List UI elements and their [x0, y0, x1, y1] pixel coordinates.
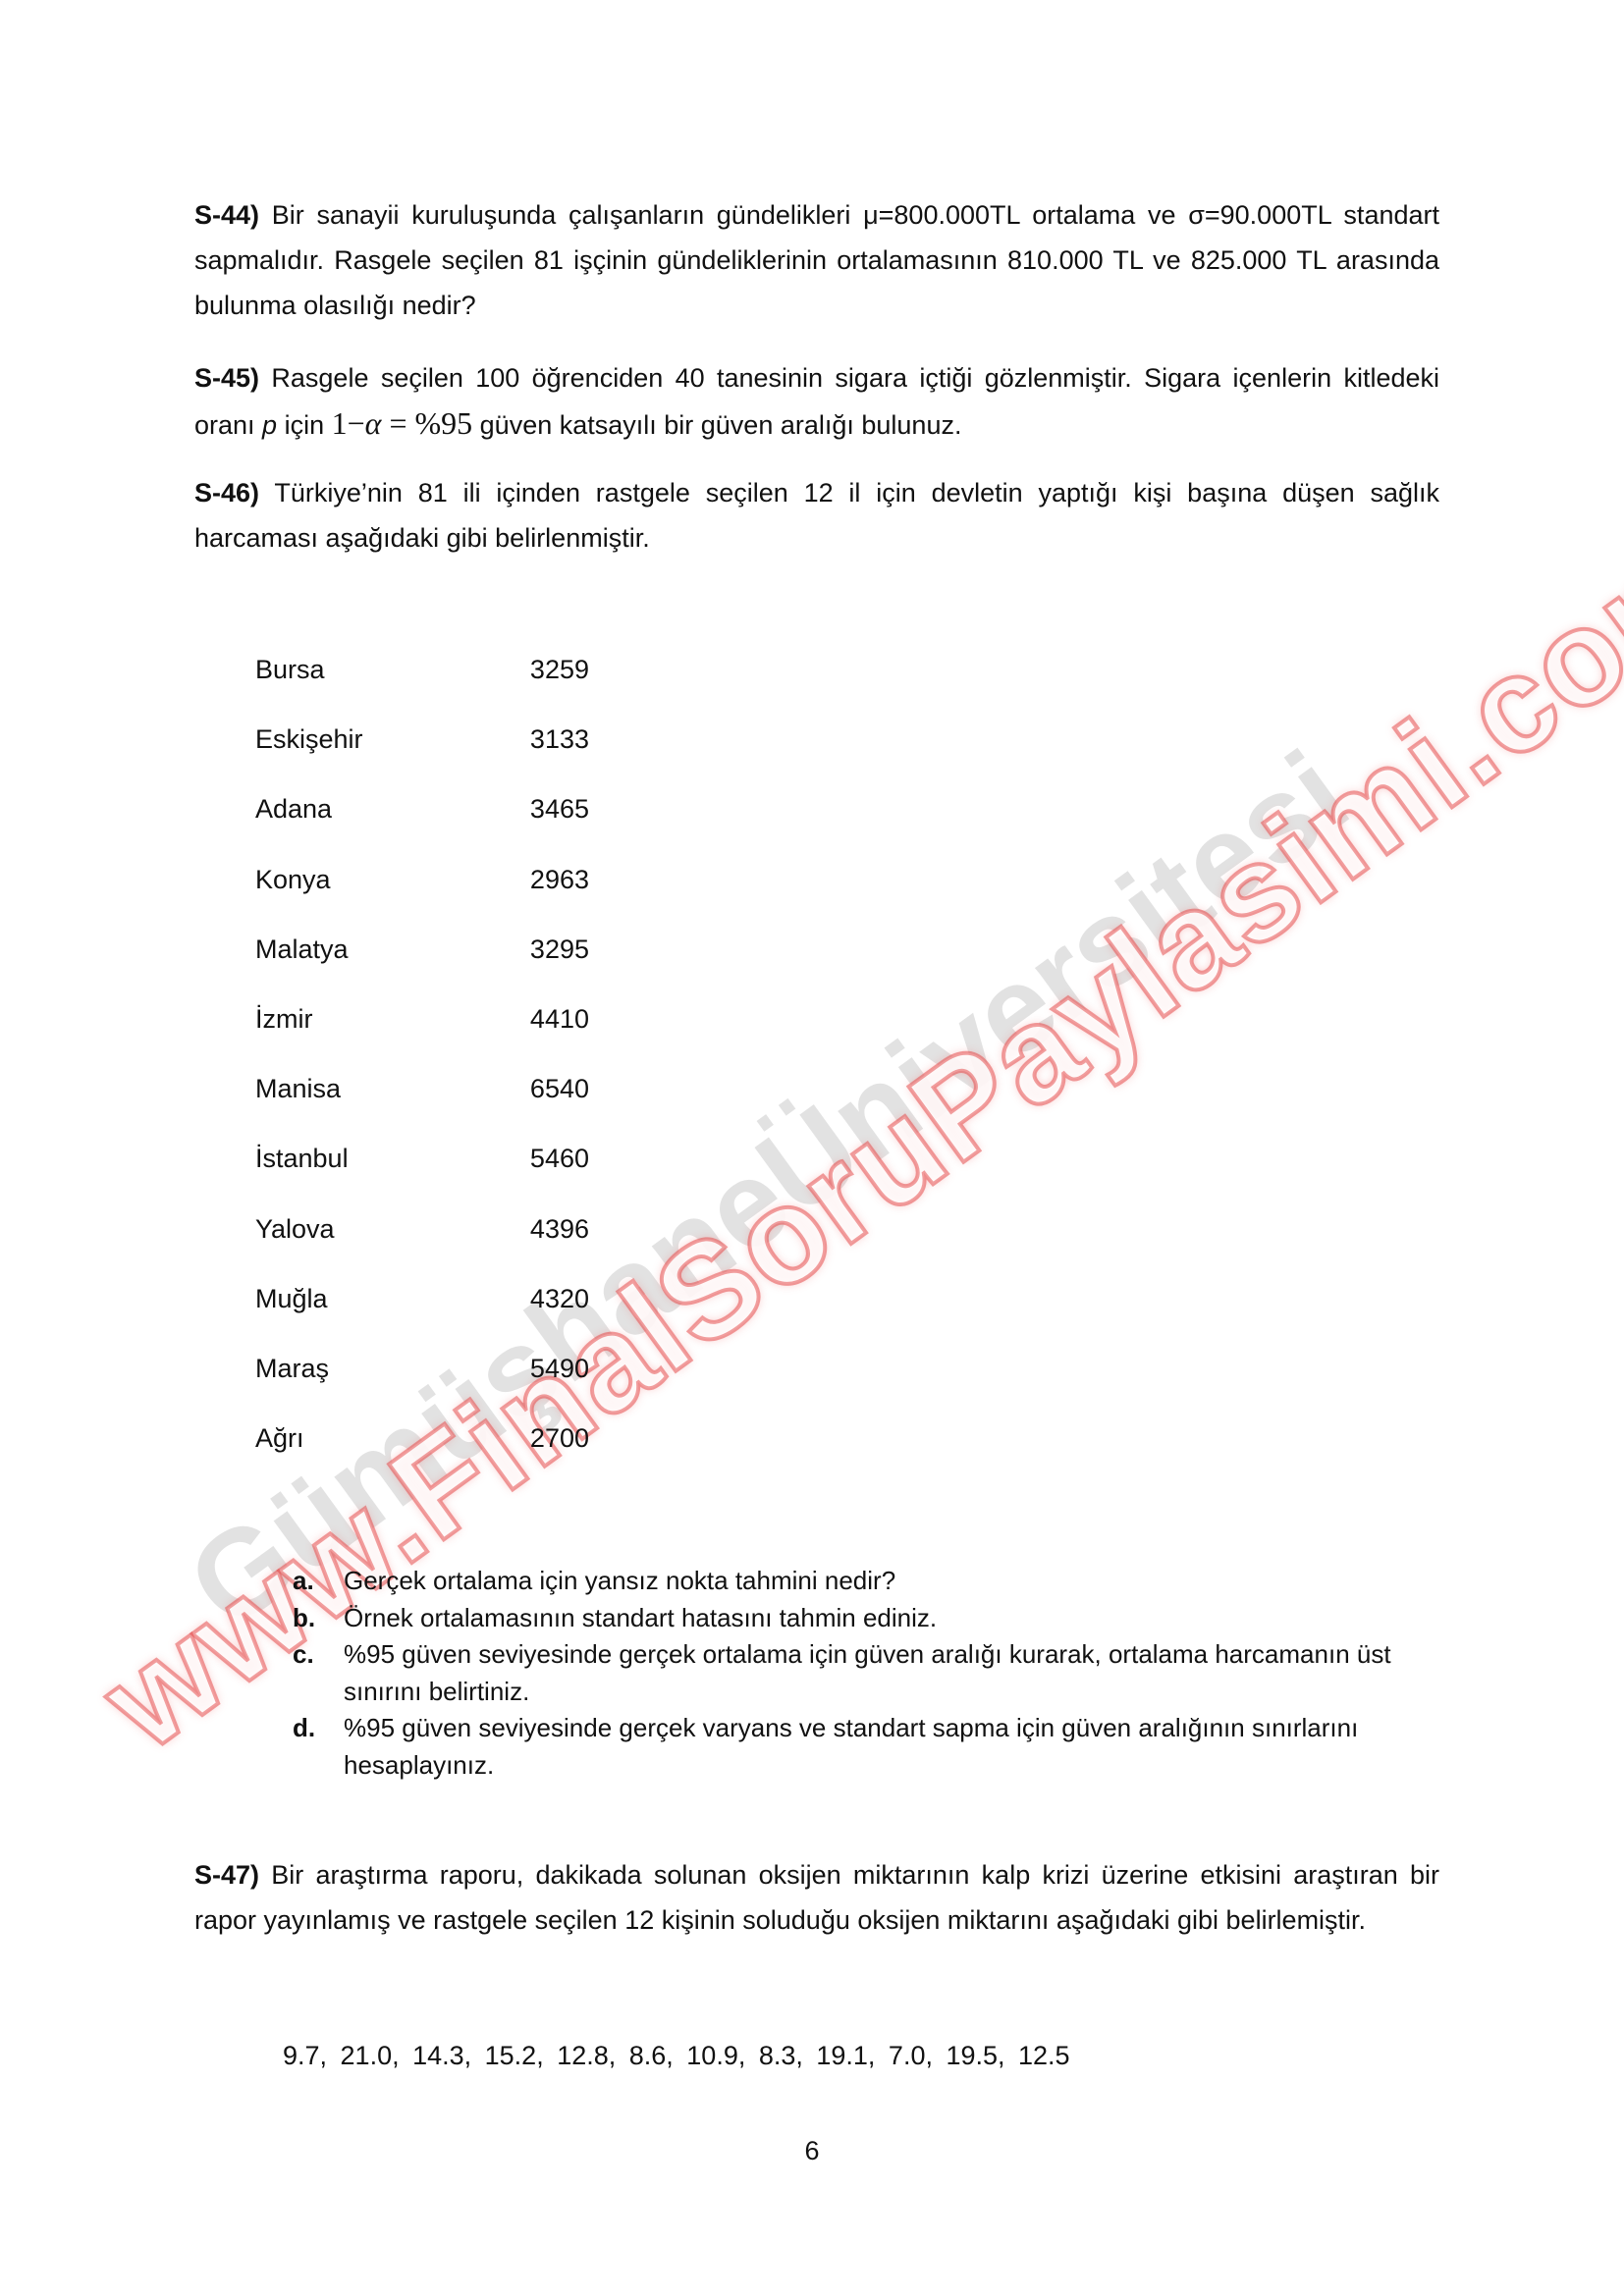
expenditure-value: 3295: [491, 930, 589, 969]
city-name: Yalova: [255, 1209, 481, 1249]
expenditure-value: 2700: [491, 1418, 589, 1458]
city-name: Konya: [255, 860, 481, 899]
formula-one-minus: 1−: [332, 405, 365, 441]
city-name: Eskişehir: [255, 720, 481, 759]
question-label: S-47): [194, 1860, 259, 1890]
expenditure-value: 4320: [491, 1279, 589, 1318]
expenditure-value: 4410: [491, 999, 589, 1039]
subquestion-text: Örnek ortalamasının standart hatasını ta…: [344, 1603, 937, 1632]
oxygen-data-line: 9.7, 21.0, 14.3, 15.2, 12.8, 8.6, 10.9, …: [283, 2036, 1070, 2075]
expenditure-value: 2963: [491, 860, 589, 899]
question-text: Bir sanayii kuruluşunda çalışanların gün…: [194, 200, 1439, 320]
question-label: S-44): [194, 200, 259, 230]
subquestion-label: d.: [293, 1710, 315, 1747]
city-name: Muğla: [255, 1279, 481, 1318]
symbol-p: p: [262, 410, 277, 440]
expenditure-value: 4396: [491, 1209, 589, 1249]
subquestion-list: a.Gerçek ortalama için yansız nokta tahm…: [293, 1563, 1439, 1784]
expenditure-value: 5460: [491, 1139, 589, 1178]
question-s46: S-46) Türkiye’nin 81 ili içinden rastgel…: [194, 470, 1439, 561]
expenditure-value: 5490: [491, 1349, 589, 1388]
question-s44: S-44) Bir sanayii kuruluşunda çalışanlar…: [194, 192, 1439, 328]
city-name: Manisa: [255, 1069, 481, 1108]
question-text: Türkiye’nin 81 ili içinden rastgele seçi…: [194, 478, 1439, 553]
city-name: İzmir: [255, 999, 481, 1039]
document-page: GümüşhaneÜniversitesi www.FinalSoruPayla…: [0, 0, 1624, 2296]
formula-rest: = %95: [381, 405, 472, 441]
question-text: güven katsayılı bir güven aralığı bulunu…: [472, 410, 961, 440]
city-name: Malatya: [255, 930, 481, 969]
expenditure-value: 3133: [491, 720, 589, 759]
formula-alpha: α: [365, 405, 382, 441]
city-name: Bursa: [255, 650, 481, 689]
question-text: Bir araştırma raporu, dakikada solunan o…: [194, 1860, 1439, 1935]
question-s47: S-47) Bir araştırma raporu, dakikada sol…: [194, 1852, 1439, 1943]
city-name: Adana: [255, 789, 481, 828]
subquestion-item: d.%95 güven seviyesinde gerçek varyans v…: [293, 1710, 1439, 1784]
subquestion-item: b.Örnek ortalamasının standart hatasını …: [293, 1600, 1439, 1637]
question-s45: S-45) Rasgele seçilen 100 öğrenciden 40 …: [194, 355, 1439, 448]
subquestion-label: c.: [293, 1636, 314, 1674]
city-name: Ağrı: [255, 1418, 481, 1458]
city-name: İstanbul: [255, 1139, 481, 1178]
subquestion-item: c. %95 güven seviyesinde gerçek ortalama…: [293, 1636, 1439, 1710]
expenditure-value: 3465: [491, 789, 589, 828]
confidence-formula: 1−α = %95: [332, 405, 473, 441]
subquestion-text: %95 güven seviyesinde gerçek varyans ve …: [344, 1713, 1358, 1780]
subquestion-text: %95 güven seviyesinde gerçek ortalama iç…: [344, 1639, 1391, 1706]
expenditure-value: 6540: [491, 1069, 589, 1108]
subquestion-label: a.: [293, 1563, 314, 1600]
page-number: 6: [0, 2136, 1624, 2166]
question-text: için: [277, 410, 332, 440]
city-name: Maraş: [255, 1349, 481, 1388]
question-label: S-46): [194, 478, 259, 507]
subquestion-item: a.Gerçek ortalama için yansız nokta tahm…: [293, 1563, 1439, 1600]
subquestion-text: Gerçek ortalama için yansız nokta tahmin…: [344, 1566, 895, 1595]
subquestion-label: b.: [293, 1600, 315, 1637]
expenditure-value: 3259: [491, 650, 589, 689]
question-label: S-45): [194, 363, 259, 393]
